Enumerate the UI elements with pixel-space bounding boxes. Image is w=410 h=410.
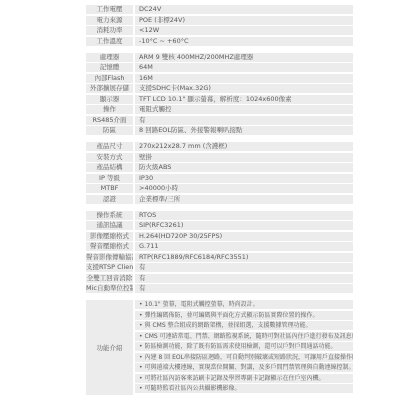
spec-label: 處理器 [86, 53, 133, 62]
spec-row: 外部擴展存儲支援SDHC卡(Max.32G) [86, 84, 410, 93]
bullet-icon: • [139, 311, 143, 320]
spec-label: 操作系統 [86, 211, 133, 220]
bullet-icon: • [139, 374, 143, 383]
spec-row: IP 等級IP30 [86, 174, 410, 183]
spec-value: TFT LCD 10.1" 顯示螢幕，解析度：1024x600像素 [135, 95, 353, 104]
features-label: 功能介紹 [86, 300, 133, 395]
feature-bullet: •可與遠端大樓連線，實現當位開關、對講，及多戶間門禁管理與自動連線控制。 [135, 363, 353, 372]
spec-row: 支援RTSP Client有 [86, 263, 410, 272]
spec-value: >40000小時 [135, 184, 353, 193]
spec-label: 認證 [86, 195, 133, 204]
spec-value: RTP(RFC1889/RFC6184/RFC3551) [135, 253, 353, 262]
feature-bullet: •內建 8 回 EOL串接防區迴路，可自動判別破壞或短路狀況，可讓用戶直接操作門… [135, 353, 353, 362]
features-bullet-list: •10.1" 螢幕，電阻式觸控螢幕，時尚設計。•彈性編碼佈防，並可編碼與平面化方… [135, 300, 353, 395]
spec-label: 操作 [86, 105, 133, 114]
spec-label: 影像壓縮格式 [86, 232, 133, 241]
spec-value: <12W [135, 26, 353, 35]
spec-row: 操作系統RTOS [86, 211, 410, 220]
feature-bullet-text: 防區檢測功能，除了既有防區需求使用檢測，還可以戶對戶間通話功能。 [145, 342, 337, 351]
feature-bullet-text: 內建 8 回 EOL串接防區迴路，可自動判別破壞或短路狀況，可讓用戶直接操作門口… [145, 353, 353, 362]
spec-row: 影像壓縮格式H.264(HD720P 30/25FPS) [86, 232, 410, 241]
bullet-icon: • [139, 342, 143, 351]
spec-sheet: 工作電壓DC24V電力來源POE (非標24V)消耗功率<12W工作溫度-10°… [0, 0, 410, 410]
spec-label: MTBF [86, 184, 133, 193]
spec-label: 防區 [86, 126, 133, 135]
spec-row: 產品尺寸270x212x28.7 mm (含護框) [86, 142, 410, 151]
bullet-icon: • [139, 363, 143, 372]
feature-bullet: •防區檢測功能，除了既有防區需求使用檢測，還可以戶對戶間通話功能。 [135, 342, 353, 351]
spec-value: 有 [135, 263, 353, 272]
spec-label: 內部Flash [86, 74, 133, 83]
feature-bullet: •CMS 可連結常電、門禁、網路監視系統，隨時可對社區內住戶進行發布及訊息廣播。 [135, 332, 353, 341]
spec-value: 270x212x28.7 mm (含護框) [135, 142, 353, 151]
spec-row: 消耗功率<12W [86, 26, 410, 35]
spec-group: 處理器ARM 9 雙核 400MHZ/200MHZ處理器記憶體64M內部Flas… [0, 53, 410, 136]
spec-value: 16M [135, 74, 353, 83]
spec-label: IP 等級 [86, 174, 133, 183]
bullet-icon: • [139, 300, 143, 309]
spec-label: 產品尺寸 [86, 142, 133, 151]
spec-groups: 工作電壓DC24V電力來源POE (非標24V)消耗功率<12W工作溫度-10°… [0, 5, 410, 293]
spec-value: 企業標準/三所 [135, 195, 353, 204]
spec-label: 安裝方式 [86, 153, 133, 162]
spec-value: 64M [135, 63, 353, 72]
spec-row: 內部Flash16M [86, 74, 410, 83]
spec-group: 操作系統RTOS通訊協議SIP(RFC3261)影像壓縮格式H.264(HD72… [0, 211, 410, 294]
spec-label: 產品結構 [86, 163, 133, 172]
spec-value: 有 [135, 284, 353, 293]
spec-group: 工作電壓DC24V電力來源POE (非標24V)消耗功率<12W工作溫度-10°… [0, 5, 410, 46]
spec-label: 消耗功率 [86, 26, 133, 35]
spec-row: 通訊協議SIP(RFC3261) [86, 221, 410, 230]
spec-row: 顯示器TFT LCD 10.1" 顯示螢幕，解析度：1024x600像素 [86, 95, 410, 104]
spec-row: 認證企業標準/三所 [86, 195, 410, 204]
spec-label: 電力來源 [86, 16, 133, 25]
spec-row: Mic自動準位控制有 [86, 284, 410, 293]
spec-value: 支援SDHC卡(Max.32G) [135, 84, 353, 93]
spec-value: H.264(HD720P 30/25FPS) [135, 232, 353, 241]
spec-row: 安裝方式壁掛 [86, 153, 410, 162]
spec-value: 有 [135, 116, 353, 125]
spec-label: 工作溫度 [86, 37, 133, 46]
spec-row: 電力來源POE (非標24V) [86, 16, 410, 25]
spec-row: 處理器ARM 9 雙核 400MHZ/200MHZ處理器 [86, 53, 410, 62]
spec-value: SIP(RFC3261) [135, 221, 353, 230]
spec-label: 聲音影像傳輸協議 [86, 253, 133, 262]
spec-row: 防區8 回路EOL防區、外接警報喇叭接點 [86, 126, 410, 135]
spec-row: 聲音影像傳輸協議RTP(RFC1889/RFC6184/RFC3551) [86, 253, 410, 262]
feature-bullet-text: CMS 可連結常電、門禁、網路監視系統，隨時可對社區內住戶進行發布及訊息廣播。 [145, 332, 353, 341]
bullet-icon: • [139, 321, 143, 330]
spec-group: 產品尺寸270x212x28.7 mm (含護框)安裝方式壁掛產品結構防火級AB… [0, 142, 410, 204]
features-section: 功能介紹 •10.1" 螢幕，電阻式觸控螢幕，時尚設計。•彈性編碼佈防，並可編碼… [86, 300, 410, 395]
feature-bullet-text: 可與遠端大樓連線，實現當位開關、對講，及多戶間門禁管理與自動連線控制。 [145, 363, 353, 372]
feature-bullet: •10.1" 螢幕，電阻式觸控螢幕，時尚設計。 [135, 300, 353, 309]
spec-row: 記憶體64M [86, 63, 410, 72]
feature-bullet-text: 10.1" 螢幕，電阻式觸控螢幕，時尚設計。 [145, 300, 259, 309]
spec-label: 外部擴展存儲 [86, 84, 133, 93]
feature-bullet-text: 可隨時監看社區內公共攝影機影像。 [145, 384, 241, 393]
feature-bullet-text: 彈性編碼佈防，並可編碼與平面化方式顯示防區實際位置的操作。 [145, 311, 319, 320]
feature-bullet-text: 可將社區內訪客來訪刷卡記錄及學習專副卡記錄顯示在住戶室內機。 [145, 374, 325, 383]
spec-row: 產品結構防火級ABS [86, 163, 410, 172]
feature-bullet: •可將社區內訪客來訪刷卡記錄及學習專副卡記錄顯示在住戶室內機。 [135, 374, 353, 383]
spec-value: IP30 [135, 174, 353, 183]
spec-value: 有 [135, 274, 353, 283]
spec-label: RS485介面 [86, 116, 133, 125]
spec-row: 聲音壓縮格式G.711 [86, 242, 410, 251]
feature-bullet-text: 與 CMS 整合組成的網路架構，並採組選，支援數據管理功能。 [145, 321, 312, 330]
spec-value: ARM 9 雙核 400MHZ/200MHZ處理器 [135, 53, 353, 62]
spec-value: 8 回路EOL防區、外接警報喇叭接點 [135, 126, 353, 135]
spec-value: 壁掛 [135, 153, 353, 162]
spec-row: 工作溫度-10°C ~ +60°C [86, 37, 410, 46]
spec-row: RS485介面有 [86, 116, 410, 125]
spec-value: 防火級ABS [135, 163, 353, 172]
feature-bullet: •彈性編碼佈防，並可編碼與平面化方式顯示防區實際位置的操作。 [135, 311, 353, 320]
spec-row: 操作電阻式觸控 [86, 105, 410, 114]
spec-label: 通訊協議 [86, 221, 133, 230]
spec-label: 全雙工回音消除 [86, 274, 133, 283]
spec-value: 電阻式觸控 [135, 105, 353, 114]
spec-row: 工作電壓DC24V [86, 5, 410, 14]
bullet-icon: • [139, 332, 143, 341]
feature-bullet: •與 CMS 整合組成的網路架構，並採組選，支援數據管理功能。 [135, 321, 353, 330]
spec-label: 聲音壓縮格式 [86, 242, 133, 251]
spec-value: RTOS [135, 211, 353, 220]
spec-label: 工作電壓 [86, 5, 133, 14]
spec-label: 支援RTSP Client [86, 263, 133, 272]
spec-row: 全雙工回音消除有 [86, 274, 410, 283]
bullet-icon: • [139, 384, 143, 393]
spec-value: -10°C ~ +60°C [135, 37, 353, 46]
spec-label: Mic自動準位控制 [86, 284, 133, 293]
spec-label: 顯示器 [86, 95, 133, 104]
spec-value: POE (非標24V) [135, 16, 353, 25]
spec-value: G.711 [135, 242, 353, 251]
bullet-icon: • [139, 353, 143, 362]
spec-value: DC24V [135, 5, 353, 14]
spec-label: 記憶體 [86, 63, 133, 72]
feature-bullet: •可隨時監看社區內公共攝影機影像。 [135, 384, 353, 393]
spec-row: MTBF>40000小時 [86, 184, 410, 193]
